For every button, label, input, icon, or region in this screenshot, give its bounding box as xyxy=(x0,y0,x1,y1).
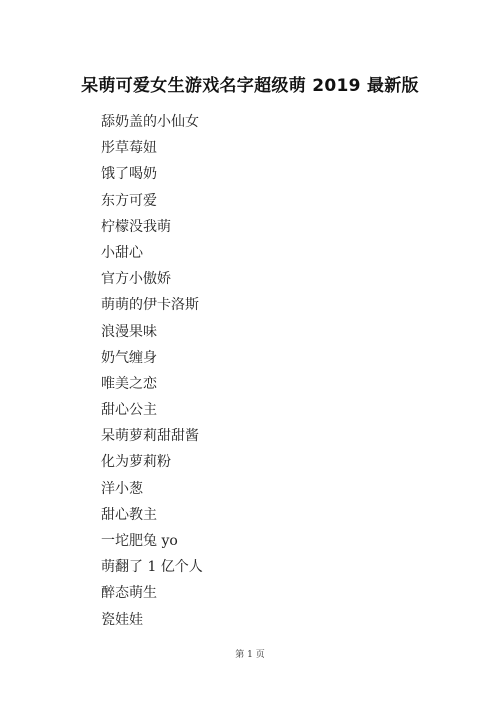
document-page: 呆萌可爱女生游戏名字超级萌 2019 最新版 舔奶盖的小仙女 彤草莓妞 饿了喝奶… xyxy=(0,0,500,708)
list-item: 东方可爱 xyxy=(101,191,203,217)
list-item: 官方小傲娇 xyxy=(101,269,203,295)
document-title: 呆萌可爱女生游戏名字超级萌 2019 最新版 xyxy=(0,74,500,98)
name-list: 舔奶盖的小仙女 彤草莓妞 饿了喝奶 东方可爱 柠檬没我萌 小甜心 官方小傲娇 萌… xyxy=(101,112,203,636)
list-item: 萌翻了 1 亿个人 xyxy=(101,557,203,583)
list-item: 甜心教主 xyxy=(101,505,203,531)
list-item: 小甜心 xyxy=(101,243,203,269)
list-item: 瓷娃娃 xyxy=(101,610,203,636)
list-item: 萌萌的伊卡洛斯 xyxy=(101,295,203,321)
page-number: 第 1 页 xyxy=(0,647,500,660)
list-item: 醉态萌生 xyxy=(101,583,203,609)
list-item: 柠檬没我萌 xyxy=(101,217,203,243)
list-item: 唯美之恋 xyxy=(101,374,203,400)
list-item: 奶气缠身 xyxy=(101,348,203,374)
list-item: 饿了喝奶 xyxy=(101,164,203,190)
list-item: 舔奶盖的小仙女 xyxy=(101,112,203,138)
list-item: 浪漫果味 xyxy=(101,322,203,348)
list-item: 洋小葱 xyxy=(101,479,203,505)
list-item: 一坨肥兔 yo xyxy=(101,531,203,557)
list-item: 化为萝莉粉 xyxy=(101,452,203,478)
list-item: 甜心公主 xyxy=(101,400,203,426)
list-item: 彤草莓妞 xyxy=(101,138,203,164)
list-item: 呆萌萝莉甜甜酱 xyxy=(101,426,203,452)
